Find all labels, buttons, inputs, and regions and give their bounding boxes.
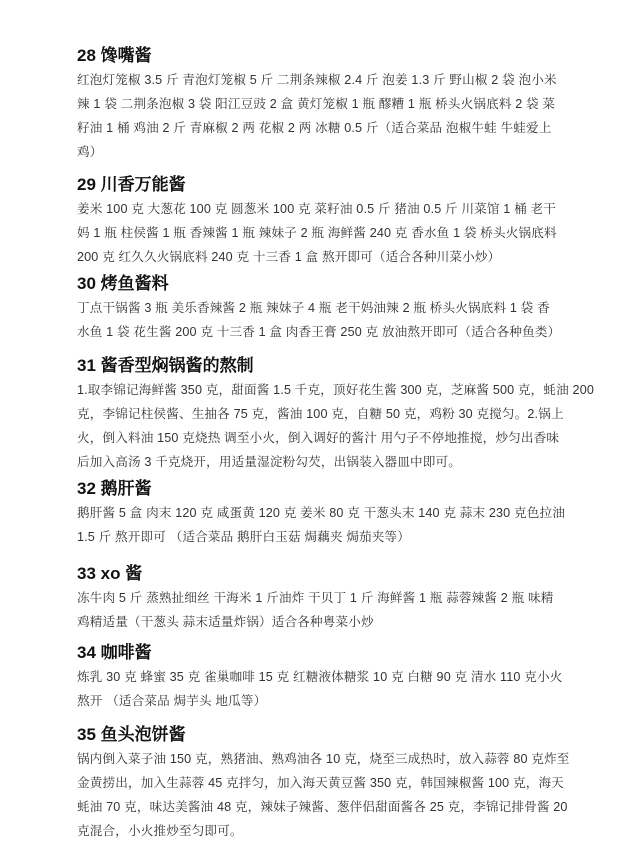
section-body: 1.取李锦记海鲜酱 350 克，甜面酱 1.5 千克，顶好花生酱 300 克，芝…: [77, 378, 587, 474]
body-line: 妈 1 瓶 柱侯酱 1 瓶 香辣酱 1 瓶 辣妹子 2 瓶 海鲜酱 240 克 …: [77, 221, 587, 245]
body-line: 水鱼 1 袋 花生酱 200 克 十三香 1 盒 肉香王膏 250 克 放油熬开…: [77, 320, 587, 344]
section-title: 32 鹅肝酱: [77, 477, 587, 501]
body-line: 炼乳 30 克 蜂蜜 35 克 雀巢咖啡 15 克 红糖液体糖浆 10 克 白糖…: [77, 665, 587, 689]
body-line: 克混合，小火推炒至匀即可。: [77, 819, 587, 843]
body-line: 克，李锦记柱侯酱、生抽各 75 克，酱油 100 克，自糖 50 克，鸡粉 30…: [77, 402, 587, 426]
section-title: 29 川香万能酱: [77, 173, 587, 197]
recipe-section-30: 30 烤鱼酱料 丁点干锅酱 3 瓶 美乐香辣酱 2 瓶 辣妹子 4 瓶 老干妈油…: [77, 272, 587, 344]
section-title: 31 酱香型焖锅酱的熬制: [77, 354, 587, 378]
recipe-section-33: 33 xo 酱 冻牛肉 5 斤 蒸熟扯细丝 干海米 1 斤油炸 干贝丁 1 斤 …: [77, 562, 587, 634]
body-line: 后加入高汤 3 千克烧开，用适量湿淀粉勾芡，出锅装入器皿中即可。: [77, 450, 587, 474]
section-title: 28 馋嘴酱: [77, 44, 587, 68]
body-line: 蚝油 70 克，味达美酱油 48 克，辣妹子辣酱、葱伴侣甜面酱各 25 克，李锦…: [77, 795, 587, 819]
body-line: 籽油 1 桶 鸡油 2 斤 青麻椒 2 两 花椒 2 两 冰糖 0.5 斤（适合…: [77, 116, 587, 140]
body-line: 鸡）: [77, 140, 587, 164]
recipe-section-35: 35 鱼头泡饼酱 锅内倒入菜子油 150 克，熟猪油、熟鸡油各 10 克，烧至三…: [77, 723, 587, 843]
body-line: 火，倒入料油 150 克烧热 调至小火，倒入调好的酱汁 用勺子不停地推搅，炒匀出…: [77, 426, 587, 450]
body-line: 鹅肝酱 5 盒 肉末 120 克 咸蛋黄 120 克 姜米 80 克 干葱头末 …: [77, 501, 587, 525]
section-body: 鹅肝酱 5 盒 肉末 120 克 咸蛋黄 120 克 姜米 80 克 干葱头末 …: [77, 501, 587, 549]
section-body: 锅内倒入菜子油 150 克，熟猪油、熟鸡油各 10 克，烧至三成热时，放入蒜蓉 …: [77, 747, 587, 843]
body-line: 姜米 100 克 大葱花 100 克 圆葱米 100 克 菜籽油 0.5 斤 猪…: [77, 197, 587, 221]
body-line: 熬开 （适合菜品 焗芋头 地瓜等）: [77, 689, 587, 713]
body-line: 辣 1 袋 二荆条泡椒 3 袋 阳江豆豉 2 盒 黄灯笼椒 1 瓶 醪糟 1 瓶…: [77, 92, 587, 116]
body-line: 鸡精适量（干葱头 蒜末适量炸锅）适合各种粤菜小炒: [77, 610, 587, 634]
body-line: 200 克 红久久火锅底料 240 克 十三香 1 盒 熬开即可（适合各种川菜小…: [77, 245, 587, 269]
section-body: 丁点干锅酱 3 瓶 美乐香辣酱 2 瓶 辣妹子 4 瓶 老干妈油辣 2 瓶 桥头…: [77, 296, 587, 344]
body-line: 红泡灯笼椒 3.5 斤 青泡灯笼椒 5 斤 二荆条辣椒 2.4 斤 泡姜 1.3…: [77, 68, 587, 92]
section-body: 炼乳 30 克 蜂蜜 35 克 雀巢咖啡 15 克 红糖液体糖浆 10 克 白糖…: [77, 665, 587, 713]
recipe-section-34: 34 咖啡酱 炼乳 30 克 蜂蜜 35 克 雀巢咖啡 15 克 红糖液体糖浆 …: [77, 641, 587, 713]
recipe-section-28: 28 馋嘴酱 红泡灯笼椒 3.5 斤 青泡灯笼椒 5 斤 二荆条辣椒 2.4 斤…: [77, 44, 587, 164]
section-body: 冻牛肉 5 斤 蒸熟扯细丝 干海米 1 斤油炸 干贝丁 1 斤 海鲜酱 1 瓶 …: [77, 586, 587, 634]
body-line: 锅内倒入菜子油 150 克，熟猪油、熟鸡油各 10 克，烧至三成热时，放入蒜蓉 …: [77, 747, 587, 771]
recipe-section-31: 31 酱香型焖锅酱的熬制 1.取李锦记海鲜酱 350 克，甜面酱 1.5 千克，…: [77, 354, 587, 474]
section-body: 红泡灯笼椒 3.5 斤 青泡灯笼椒 5 斤 二荆条辣椒 2.4 斤 泡姜 1.3…: [77, 68, 587, 164]
section-title: 33 xo 酱: [77, 562, 587, 586]
section-title: 30 烤鱼酱料: [77, 272, 587, 296]
section-title: 35 鱼头泡饼酱: [77, 723, 587, 747]
body-line: 1.取李锦记海鲜酱 350 克，甜面酱 1.5 千克，顶好花生酱 300 克，芝…: [77, 378, 587, 402]
section-title: 34 咖啡酱: [77, 641, 587, 665]
recipe-section-32: 32 鹅肝酱 鹅肝酱 5 盒 肉末 120 克 咸蛋黄 120 克 姜米 80 …: [77, 477, 587, 549]
body-line: 1.5 斤 熬开即可 （适合菜品 鹅肝白玉菇 焗藕夹 焗茄夹等）: [77, 525, 587, 549]
body-line: 丁点干锅酱 3 瓶 美乐香辣酱 2 瓶 辣妹子 4 瓶 老干妈油辣 2 瓶 桥头…: [77, 296, 587, 320]
body-line: 冻牛肉 5 斤 蒸熟扯细丝 干海米 1 斤油炸 干贝丁 1 斤 海鲜酱 1 瓶 …: [77, 586, 587, 610]
recipe-section-29: 29 川香万能酱 姜米 100 克 大葱花 100 克 圆葱米 100 克 菜籽…: [77, 173, 587, 269]
section-body: 姜米 100 克 大葱花 100 克 圆葱米 100 克 菜籽油 0.5 斤 猪…: [77, 197, 587, 269]
body-line: 金黄捞出，加入生蒜蓉 45 克拌匀，加入海天黄豆酱 350 克，韩国辣椒酱 10…: [77, 771, 587, 795]
